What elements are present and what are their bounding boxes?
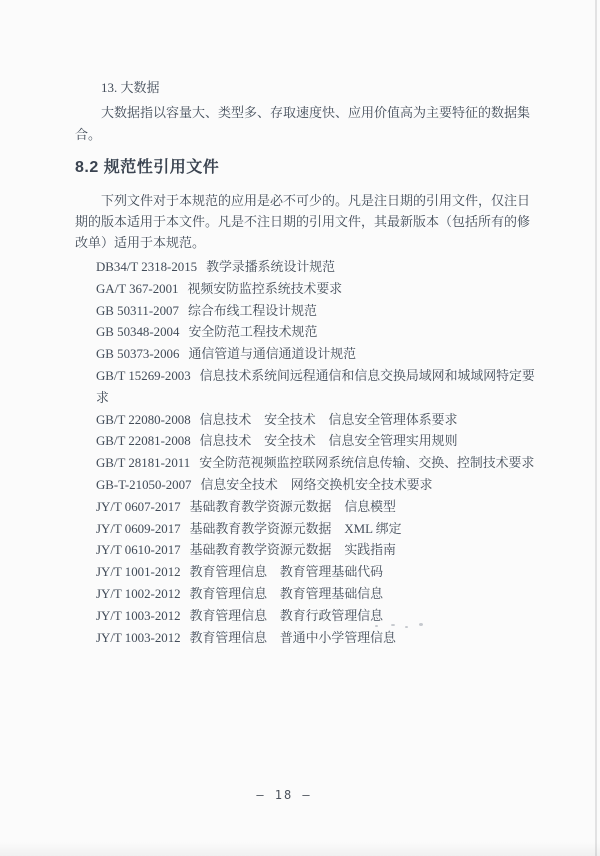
reference-code: GB-T-21050-2007: [96, 478, 191, 492]
pencil-smudge: [347, 612, 437, 638]
reference-item: JY/T 1002-2012教育管理信息 教育管理基础信息: [96, 584, 536, 606]
reference-title: 视频安防监控系统技术要求: [187, 282, 342, 296]
references-list: DB34/T 2318-2015教学录播系统设计规范GA/T 367-2001视…: [96, 257, 536, 649]
reference-item: DB34/T 2318-2015教学录播系统设计规范: [96, 257, 536, 279]
reference-title: 基础教育教学资源元数据 XML 绑定: [190, 522, 402, 536]
definition-text: 大数据指以容量大、类型多、存取速度快、应用价值高为主要特征的数据集合。: [75, 102, 535, 145]
reference-item: GB/T 28181-2011安全防范视频监控联网系统信息传输、交换、控制技术要…: [96, 453, 536, 475]
document-page: 13. 大数据 大数据指以容量大、类型多、存取速度快、应用价值高为主要特征的数据…: [0, 0, 600, 856]
scan-edge-bottom: [0, 842, 600, 856]
reference-code: GB 50348-2004: [96, 325, 179, 339]
reference-item: JY/T 0609-2017基础教育教学资源元数据 XML 绑定: [96, 519, 536, 541]
reference-code: JY/T 1001-2012: [96, 565, 181, 579]
reference-title: 教育管理信息 教育管理基础信息: [190, 587, 383, 601]
reference-title: 信息技术 安全技术 信息安全管理实用规则: [200, 434, 458, 448]
reference-code: GB 50311-2007: [96, 304, 179, 318]
reference-code: GB/T 22081-2008: [96, 434, 191, 448]
reference-item: JY/T 1003-2012教育管理信息 教育行政管理信息: [96, 606, 536, 628]
intro-paragraph: 下列文件对于本规范的应用是必不可少的。凡是注日期的引用文件，仅注日期的版本适用于…: [75, 190, 535, 253]
reference-item: JY/T 1003-2012教育管理信息 普通中小学管理信息: [96, 628, 536, 650]
reference-title: 安全防范工程技术规范: [188, 325, 317, 339]
reference-title: 综合布线工程设计规范: [188, 304, 317, 318]
reference-item: GB/T 22080-2008信息技术 安全技术 信息安全管理体系要求: [96, 410, 536, 432]
reference-title: 基础教育教学资源元数据 信息模型: [190, 500, 396, 514]
reference-title: 通信管道与通信通道设计规范: [188, 347, 356, 361]
reference-code: JY/T 1003-2012: [96, 631, 181, 645]
section-heading: 8.2 规范性引用文件: [75, 158, 535, 178]
reference-code: GB 50373-2006: [96, 347, 179, 361]
reference-title: 安全防范视频监控联网系统信息传输、交换、控制技术要求: [199, 456, 534, 470]
reference-item: JY/T 0610-2017基础教育教学资源元数据 实践指南: [96, 540, 536, 562]
reference-title: 教育管理信息 教育管理基础代码: [190, 565, 383, 579]
page-content: 13. 大数据 大数据指以容量大、类型多、存取速度快、应用价值高为主要特征的数据…: [75, 78, 535, 649]
reference-title: 信息安全技术 网络交换机安全技术要求: [200, 478, 432, 492]
reference-code: JY/T 1003-2012: [96, 609, 181, 623]
definition-term: 13. 大数据: [75, 78, 535, 98]
reference-item: GB 50311-2007综合布线工程设计规范: [96, 301, 536, 323]
reference-item: GB/T 22081-2008信息技术 安全技术 信息安全管理实用规则: [96, 431, 536, 453]
reference-code: GB/T 28181-2011: [96, 456, 190, 470]
reference-item: GB/T 15269-2003信息技术系统间远程通信和信息交换局域网和城域网特定…: [96, 366, 536, 410]
reference-item: GB 50373-2006通信管道与通信通道设计规范: [96, 344, 536, 366]
reference-item: JY/T 1001-2012教育管理信息 教育管理基础代码: [96, 562, 536, 584]
page-footer: – 18 –: [0, 786, 600, 804]
reference-code: DB34/T 2318-2015: [96, 260, 197, 274]
page-number: – 18 –: [256, 788, 311, 802]
reference-code: JY/T 1002-2012: [96, 587, 181, 601]
reference-title: 信息技术 安全技术 信息安全管理体系要求: [200, 413, 458, 427]
reference-code: JY/T 0610-2017: [96, 543, 181, 557]
reference-item: GA/T 367-2001视频安防监控系统技术要求: [96, 279, 536, 301]
reference-code: JY/T 0609-2017: [96, 522, 181, 536]
reference-title: 教学录播系统设计规范: [206, 260, 335, 274]
reference-code: GB/T 15269-2003: [96, 369, 191, 383]
reference-code: GB/T 22080-2008: [96, 413, 191, 427]
reference-item: GB-T-21050-2007信息安全技术 网络交换机安全技术要求: [96, 475, 536, 497]
reference-item: JY/T 0607-2017基础教育教学资源元数据 信息模型: [96, 497, 536, 519]
scan-edge-right: [595, 0, 597, 856]
reference-title: 基础教育教学资源元数据 实践指南: [190, 543, 396, 557]
reference-code: GA/T 367-2001: [96, 282, 178, 296]
reference-code: JY/T 0607-2017: [96, 500, 181, 514]
reference-item: GB 50348-2004安全防范工程技术规范: [96, 322, 536, 344]
